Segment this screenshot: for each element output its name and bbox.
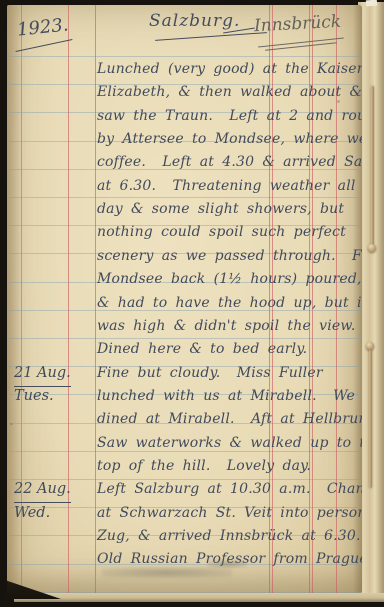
diary-line: & had to have the hood up, but it [7, 292, 362, 315]
diary-line-text: scenery as we passed through. From [97, 245, 362, 268]
diary-line-text: at 6.30. Threatening weather all [97, 175, 356, 198]
paper-speck [10, 423, 13, 425]
entry-date: Tues. [14, 385, 54, 408]
diary-line-text: at Schwarzach St. Veit into personen- [97, 502, 362, 525]
diary-line-text: Zug, & arrived Innsbrück at 6.30. [97, 525, 361, 548]
diary-line: 22 Aug.Left Salzburg at 10.30 a.m. Chang… [7, 478, 362, 501]
diary-line-text: Lunched (very good) at the Kaiserin [97, 58, 362, 81]
diary-line-text: Mondsee back (1½ hours) poured, [97, 268, 362, 291]
diary-line-text: lunched with us at Mirabell. We [97, 385, 355, 408]
diary-line: was high & didn't spoil the view. [7, 315, 362, 338]
diary-line: Dined here & to bed early. [7, 338, 362, 361]
diary-line: Saw waterworks & walked up to the [7, 432, 362, 455]
diary-line-text: top of the hill. Lovely day. [97, 455, 311, 478]
diary-line-text: & had to have the hood up, but it [97, 292, 362, 315]
diary-line-text: Elizabeth, & then walked about & [97, 81, 362, 104]
diary-page: 1923. Salzburg. Innsbrück Lunched (very … [7, 5, 362, 593]
diary-line: Mondsee back (1½ hours) poured, [7, 268, 362, 291]
diary-line-text: coffee. Left at 4.30 & arrived Salzburg [97, 151, 362, 174]
diary-entries: Lunched (very good) at the KaiserinEliza… [7, 5, 362, 593]
diary-line-text: Fine but cloudy. Miss Fuller [97, 362, 323, 385]
diary-line: scenery as we passed through. From [7, 245, 362, 268]
diary-photo: 1923. Salzburg. Innsbrück Lunched (very … [0, 0, 384, 607]
pencil-smudge [102, 567, 232, 578]
diary-line: Wed.at Schwarzach St. Veit into personen… [7, 502, 362, 525]
binding-pin-icon [371, 86, 374, 248]
diary-line: at 6.30. Threatening weather all [7, 175, 362, 198]
diary-line-text: saw the Traun. Left at 2 and round [97, 105, 362, 128]
torn-edge-notch [366, 0, 377, 6]
entry-date: 22 Aug. [14, 478, 71, 503]
diary-line-text: Saw waterworks & walked up to the [97, 432, 362, 455]
diary-line: Elizabeth, & then walked about & [7, 81, 362, 104]
binding-pin-icon [368, 244, 376, 252]
diary-line: day & some slight showers, but [7, 198, 362, 221]
page-stack-bottom-edge [14, 593, 384, 602]
diary-line-text: dined at Mirabell. Aft at Hellbrunn [97, 408, 362, 431]
diary-line-text: was high & didn't spoil the view. [97, 315, 356, 338]
diary-line: dined at Mirabell. Aft at Hellbrunn [7, 408, 362, 431]
diary-line: top of the hill. Lovely day. [7, 455, 362, 478]
diary-line-text: day & some slight showers, but [97, 198, 344, 221]
diary-line: 21 Aug.Fine but cloudy. Miss Fuller [7, 362, 362, 385]
diary-line: Lunched (very good) at the Kaiserin [7, 58, 362, 81]
paper-speck [337, 100, 340, 103]
diary-line-text: by Attersee to Mondsee, where we had [97, 128, 362, 151]
diary-line-text: Left Salzburg at 10.30 a.m. Changed [97, 478, 362, 501]
diary-line: nothing could spoil such perfect [7, 221, 362, 244]
entry-date: Wed. [14, 502, 50, 525]
binding-pin-icon [369, 350, 372, 488]
diary-line: Zug, & arrived Innsbrück at 6.30. [7, 525, 362, 548]
pencil-smudge [207, 560, 247, 568]
diary-line-text: nothing could spoil such perfect [97, 221, 346, 244]
diary-line: saw the Traun. Left at 2 and round [7, 105, 362, 128]
diary-line: coffee. Left at 4.30 & arrived Salzburg [7, 151, 362, 174]
binding-pin-icon [366, 342, 374, 350]
diary-line-text: Dined here & to bed early. [97, 338, 307, 361]
diary-line: by Attersee to Mondsee, where we had [7, 128, 362, 151]
diary-line: Tues.lunched with us at Mirabell. We [7, 385, 362, 408]
entry-date: 21 Aug. [14, 362, 71, 387]
